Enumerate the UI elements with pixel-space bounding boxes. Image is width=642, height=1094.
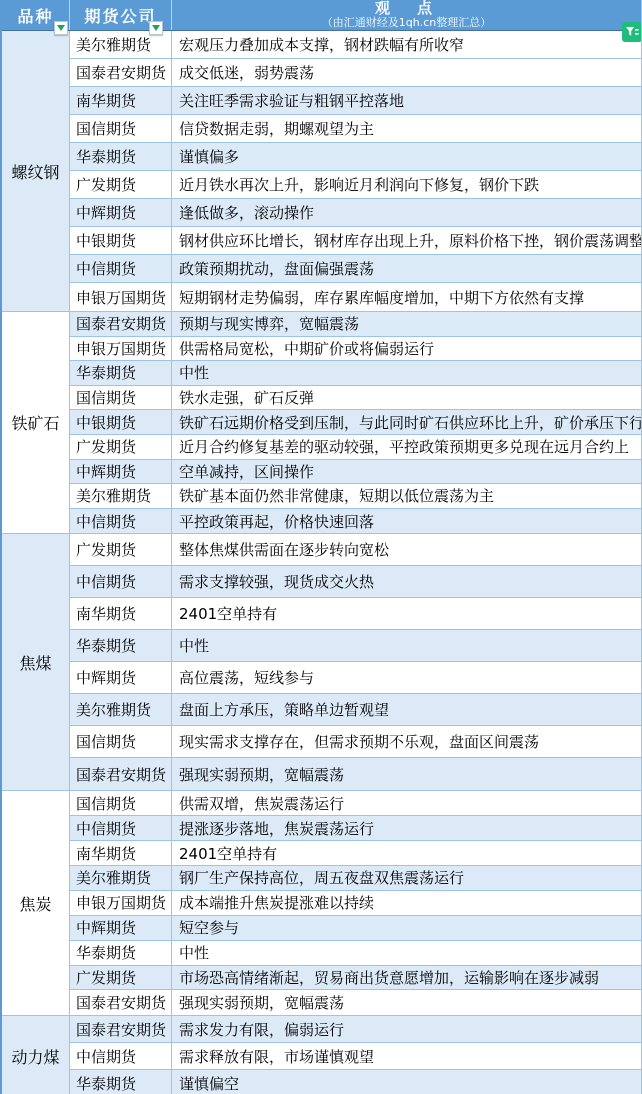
table-row: 中银期货铁矿石远期价格受到压制，与此同时矿石供应环比上升，矿价承压下行 xyxy=(70,410,641,435)
table-row: 美尔雅期货铁矿基本面仍然非常健康，短期以低位震荡为主 xyxy=(70,484,641,509)
view-cell: 强现实弱预期，宽幅震荡 xyxy=(172,990,641,1015)
table-row: 中信期货提涨逐步落地，焦炭震荡运行 xyxy=(70,816,641,841)
company-cell: 国泰君安期货 xyxy=(70,312,172,336)
company-cell: 国信期货 xyxy=(70,791,172,815)
commodity-section: 铁矿石国泰君安期货预期与现实博弈，宽幅震荡申银万国期货供需格局宽松，中期矿价或将… xyxy=(2,312,641,534)
view-cell: 铁水走强，矿石反弹 xyxy=(172,386,641,410)
company-cell: 中辉期货 xyxy=(70,662,172,693)
company-cell: 华泰期货 xyxy=(70,630,172,661)
view-cell: 预期与现实博弈，宽幅震荡 xyxy=(172,312,641,336)
table-row: 中银期货钢材供应环比增长，钢材库存出现上升，原料价格下挫，钢价震荡调整 xyxy=(70,227,641,255)
company-cell: 中辉期货 xyxy=(70,460,172,484)
view-cell: 提涨逐步落地，焦炭震荡运行 xyxy=(172,816,641,840)
company-cell: 华泰期货 xyxy=(70,941,172,965)
table-row: 中辉期货高位震荡，短线参与 xyxy=(70,662,641,694)
view-cell: 铁矿基本面仍然非常健康，短期以低位震荡为主 xyxy=(172,484,641,508)
variety-cell: 焦煤 xyxy=(2,534,70,790)
commodity-section: 螺纹钢美尔雅期货宏观压力叠加成本支撑，钢材跌幅有所收窄国泰君安期货成交低迷，弱势… xyxy=(2,31,641,312)
table-body: 螺纹钢美尔雅期货宏观压力叠加成本支撑，钢材跌幅有所收窄国泰君安期货成交低迷，弱势… xyxy=(2,31,641,1094)
table-row: 中信期货平控政策再起，价格快速回落 xyxy=(70,509,641,534)
view-cell: 谨慎偏多 xyxy=(172,143,641,170)
view-cell: 中性 xyxy=(172,630,641,661)
company-cell: 华泰期货 xyxy=(70,361,172,385)
company-cell: 华泰期货 xyxy=(70,1070,172,1094)
table-row: 广发期货市场恐高情绪渐起，贸易商出货意愿增加，运输影响在逐步减弱 xyxy=(70,966,641,991)
header-view-title: 观 点 xyxy=(375,1,438,17)
commodity-section: 动力煤国泰君安期货需求发力有限，偏弱运行中信期货需求释放有限，市场谨慎观望华泰期… xyxy=(2,1016,641,1094)
view-cell: 中性 xyxy=(172,361,641,385)
table-row: 国泰君安期货预期与现实博弈，宽幅震荡 xyxy=(70,312,641,337)
view-cell: 谨慎偏空 xyxy=(172,1070,641,1094)
view-cell: 盘面上方承压，策略单边暂观望 xyxy=(172,694,641,725)
section-rows: 国泰君安期货预期与现实博弈，宽幅震荡申银万国期货供需格局宽松，中期矿价或将偏弱运… xyxy=(70,312,641,533)
view-cell: 铁矿石远期价格受到压制，与此同时矿石供应环比上升，矿价承压下行 xyxy=(172,410,641,434)
company-cell: 中信期货 xyxy=(70,1043,172,1069)
table-row: 申银万国期货成本端推升焦炭提涨难以持续 xyxy=(70,891,641,916)
view-cell: 供需双增，焦炭震荡运行 xyxy=(172,791,641,815)
company-cell: 广发期货 xyxy=(70,171,172,198)
table-row: 国泰君安期货强现实弱预期，宽幅震荡 xyxy=(70,990,641,1015)
table-row: 华泰期货谨慎偏空 xyxy=(70,1070,641,1094)
view-cell: 需求支撑较强，现货成交火热 xyxy=(172,566,641,597)
table-row: 美尔雅期货钢厂生产保持高位，周五夜盘双焦震荡运行 xyxy=(70,866,641,891)
company-cell: 申银万国期货 xyxy=(70,337,172,361)
view-cell: 政策预期扰动，盘面偏强震荡 xyxy=(172,255,641,282)
header-view: 观 点 （由汇通财经及1qh.cn整理汇总） xyxy=(172,0,641,30)
view-cell: 近月铁水再次上升，影响近月利润向下修复，钢价下跌 xyxy=(172,171,641,198)
funnel-icon xyxy=(624,24,640,40)
company-cell: 中银期货 xyxy=(70,227,172,254)
company-cell: 中信期货 xyxy=(70,816,172,840)
view-cell: 现实需求支撑存在，但需求预期不乐观，盘面区间震荡 xyxy=(172,726,641,757)
table-row: 国泰君安期货需求发力有限，偏弱运行 xyxy=(70,1016,641,1043)
table-row: 南华期货关注旺季需求验证与粗钢平控落地 xyxy=(70,87,641,115)
table-row: 国信期货供需双增，焦炭震荡运行 xyxy=(70,791,641,816)
table-row: 广发期货整体焦煤供需面在逐步转向宽松 xyxy=(70,534,641,566)
company-cell: 南华期货 xyxy=(70,87,172,114)
company-cell: 中信期货 xyxy=(70,509,172,534)
company-cell: 申银万国期货 xyxy=(70,891,172,915)
table-row: 申银万国期货供需格局宽松，中期矿价或将偏弱运行 xyxy=(70,337,641,362)
futures-views-table: 品种 期货公司 观 点 （由汇通财经及1qh.cn整理汇总） 螺纹钢美尔雅期货宏… xyxy=(0,0,642,1094)
view-cell: 2401空单持有 xyxy=(172,841,641,865)
company-cell: 申银万国期货 xyxy=(70,283,172,311)
view-cell: 平控政策再起，价格快速回落 xyxy=(172,509,641,534)
table-row: 中辉期货逢低做多，滚动操作 xyxy=(70,199,641,227)
table-row: 国信期货现实需求支撑存在，但需求预期不乐观，盘面区间震荡 xyxy=(70,726,641,758)
company-cell: 中辉期货 xyxy=(70,199,172,226)
company-cell: 中信期货 xyxy=(70,255,172,282)
company-cell: 国泰君安期货 xyxy=(70,758,172,790)
company-cell: 美尔雅期货 xyxy=(70,484,172,508)
variety-cell: 焦炭 xyxy=(2,791,70,1015)
view-cell: 中性 xyxy=(172,941,641,965)
company-cell: 美尔雅期货 xyxy=(70,866,172,890)
view-cell: 逢低做多，滚动操作 xyxy=(172,199,641,226)
company-cell: 国信期货 xyxy=(70,386,172,410)
company-cell: 美尔雅期货 xyxy=(70,31,172,58)
company-filter-dropdown-icon[interactable] xyxy=(149,21,163,35)
view-cell: 强现实弱预期，宽幅震荡 xyxy=(172,758,641,790)
dropdown-arrow-icon xyxy=(57,25,65,31)
table-row: 华泰期货谨慎偏多 xyxy=(70,143,641,171)
commodity-section: 焦炭国信期货供需双增，焦炭震荡运行中信期货提涨逐步落地，焦炭震荡运行南华期货24… xyxy=(2,791,641,1016)
view-cell: 高位震荡，短线参与 xyxy=(172,662,641,693)
company-cell: 国信期货 xyxy=(70,726,172,757)
company-cell: 南华期货 xyxy=(70,841,172,865)
view-cell: 关注旺季需求验证与粗钢平控落地 xyxy=(172,87,641,114)
view-cell: 2401空单持有 xyxy=(172,598,641,629)
section-rows: 国信期货供需双增，焦炭震荡运行中信期货提涨逐步落地，焦炭震荡运行南华期货2401… xyxy=(70,791,641,1015)
view-cell: 信贷数据走弱，期螺观望为主 xyxy=(172,115,641,142)
section-rows: 美尔雅期货宏观压力叠加成本支撑，钢材跌幅有所收窄国泰君安期货成交低迷，弱势震荡南… xyxy=(70,31,641,311)
company-cell: 国泰君安期货 xyxy=(70,990,172,1015)
dropdown-arrow-icon xyxy=(152,25,160,31)
view-cell: 短空参与 xyxy=(172,916,641,940)
company-cell: 中信期货 xyxy=(70,566,172,597)
view-cell: 钢厂生产保持高位，周五夜盘双焦震荡运行 xyxy=(172,866,641,890)
table-row: 国泰君安期货强现实弱预期，宽幅震荡 xyxy=(70,758,641,790)
variety-filter-dropdown-icon[interactable] xyxy=(54,21,68,35)
view-cell: 需求发力有限，偏弱运行 xyxy=(172,1016,641,1042)
view-cell: 成本端推升焦炭提涨难以持续 xyxy=(172,891,641,915)
table-row: 中辉期货短空参与 xyxy=(70,916,641,941)
table-row: 华泰期货中性 xyxy=(70,630,641,662)
variety-cell: 螺纹钢 xyxy=(2,31,70,311)
table-header: 品种 期货公司 观 点 （由汇通财经及1qh.cn整理汇总） xyxy=(2,0,641,31)
table-row: 广发期货近月铁水再次上升，影响近月利润向下修复，钢价下跌 xyxy=(70,171,641,199)
section-rows: 广发期货整体焦煤供需面在逐步转向宽松中信期货需求支撑较强，现货成交火热南华期货2… xyxy=(70,534,641,790)
section-rows: 国泰君安期货需求发力有限，偏弱运行中信期货需求释放有限，市场谨慎观望华泰期货谨慎… xyxy=(70,1016,641,1094)
table-row: 申银万国期货短期钢材走势偏弱，库存累库幅度增加，中期下方依然有支撑 xyxy=(70,283,641,311)
table-row: 中信期货政策预期扰动，盘面偏强震荡 xyxy=(70,255,641,283)
company-cell: 中辉期货 xyxy=(70,916,172,940)
company-cell: 国信期货 xyxy=(70,115,172,142)
view-cell: 市场恐高情绪渐起，贸易商出货意愿增加，运输影响在逐步减弱 xyxy=(172,966,641,990)
view-cell: 需求释放有限，市场谨慎观望 xyxy=(172,1043,641,1069)
table-row: 华泰期货中性 xyxy=(70,361,641,386)
company-cell: 国泰君安期货 xyxy=(70,59,172,86)
view-cell: 钢材供应环比增长，钢材库存出现上升，原料价格下挫，钢价震荡调整 xyxy=(172,227,641,254)
company-cell: 南华期货 xyxy=(70,598,172,629)
view-cell: 供需格局宽松，中期矿价或将偏弱运行 xyxy=(172,337,641,361)
company-cell: 国泰君安期货 xyxy=(70,1016,172,1042)
variety-cell: 动力煤 xyxy=(2,1016,70,1094)
filter-funnel-button[interactable] xyxy=(622,22,642,42)
commodity-section: 焦煤广发期货整体焦煤供需面在逐步转向宽松中信期货需求支撑较强，现货成交火热南华期… xyxy=(2,534,641,791)
company-cell: 美尔雅期货 xyxy=(70,694,172,725)
table-row: 华泰期货中性 xyxy=(70,941,641,966)
table-row: 南华期货2401空单持有 xyxy=(70,841,641,866)
company-cell: 中银期货 xyxy=(70,410,172,434)
company-cell: 广发期货 xyxy=(70,435,172,459)
table-row: 国泰君安期货成交低迷，弱势震荡 xyxy=(70,59,641,87)
view-cell: 成交低迷，弱势震荡 xyxy=(172,59,641,86)
view-cell: 空单减持，区间操作 xyxy=(172,460,641,484)
company-cell: 华泰期货 xyxy=(70,143,172,170)
view-cell: 整体焦煤供需面在逐步转向宽松 xyxy=(172,534,641,565)
table-row: 美尔雅期货宏观压力叠加成本支撑，钢材跌幅有所收窄 xyxy=(70,31,641,59)
company-cell: 广发期货 xyxy=(70,966,172,990)
table-row: 国信期货铁水走强，矿石反弹 xyxy=(70,386,641,411)
company-cell: 广发期货 xyxy=(70,534,172,565)
table-row: 中信期货需求支撑较强，现货成交火热 xyxy=(70,566,641,598)
table-row: 国信期货信贷数据走弱，期螺观望为主 xyxy=(70,115,641,143)
view-cell: 近月合约修复基差的驱动较强，平控政策预期更多兑现在远月合约上 xyxy=(172,435,641,459)
view-cell: 宏观压力叠加成本支撑，钢材跌幅有所收窄 xyxy=(172,31,641,58)
table-row: 南华期货2401空单持有 xyxy=(70,598,641,630)
table-row: 美尔雅期货盘面上方承压，策略单边暂观望 xyxy=(70,694,641,726)
table-row: 广发期货近月合约修复基差的驱动较强，平控政策预期更多兑现在远月合约上 xyxy=(70,435,641,460)
variety-cell: 铁矿石 xyxy=(2,312,70,533)
header-view-subtitle: （由汇通财经及1qh.cn整理汇总） xyxy=(322,17,491,29)
table-row: 中辉期货空单减持，区间操作 xyxy=(70,460,641,485)
table-row: 中信期货需求释放有限，市场谨慎观望 xyxy=(70,1043,641,1070)
view-cell: 短期钢材走势偏弱，库存累库幅度增加，中期下方依然有支撑 xyxy=(172,283,641,311)
